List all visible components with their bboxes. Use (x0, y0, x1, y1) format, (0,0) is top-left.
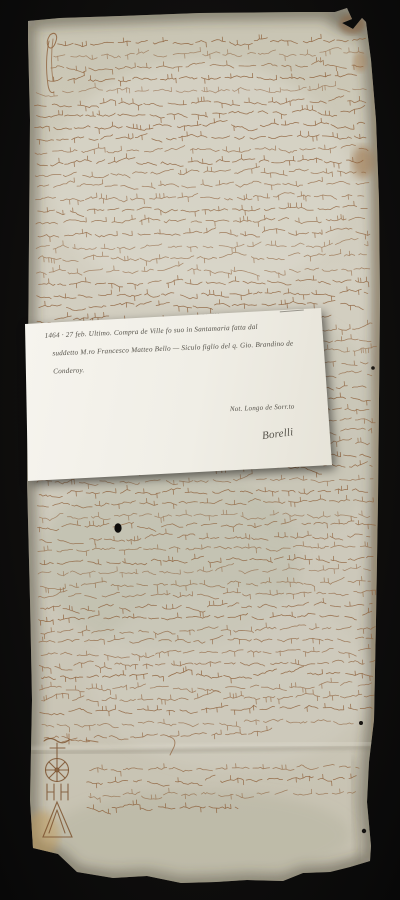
slip-description-line: 1464 · 27 feb. Ultimo. Compra de Ville f… (44, 323, 257, 340)
wormhole (359, 721, 363, 725)
wormhole (362, 829, 366, 833)
parchment-texture (50, 790, 350, 880)
slip-description-line: Conderoy. (53, 366, 85, 375)
stain (352, 146, 374, 178)
slip-description-line: suddetto M.ro Francesco Matteo Bello — S… (52, 339, 293, 357)
wormhole (114, 523, 121, 533)
wormhole (371, 366, 375, 370)
vertical-crease (38, 60, 40, 300)
archival-slip-paper: Siculo Notaro Gio. Taglia 1464 · 27 feb.… (25, 304, 333, 482)
slip-underline-mark (280, 310, 304, 313)
slip-heading-left: Siculo (202, 307, 221, 316)
slip-notary-note: Not. Longo de Sorr.to (230, 402, 295, 413)
stain (339, 14, 365, 34)
stain (353, 52, 367, 72)
slip-signature: Borelli (261, 426, 294, 442)
photograph: Siculo Notaro Gio. Taglia 1464 · 27 feb.… (0, 0, 400, 900)
archival-slip: Siculo Notaro Gio. Taglia 1464 · 27 feb.… (25, 304, 333, 482)
parchment-texture (50, 60, 350, 300)
